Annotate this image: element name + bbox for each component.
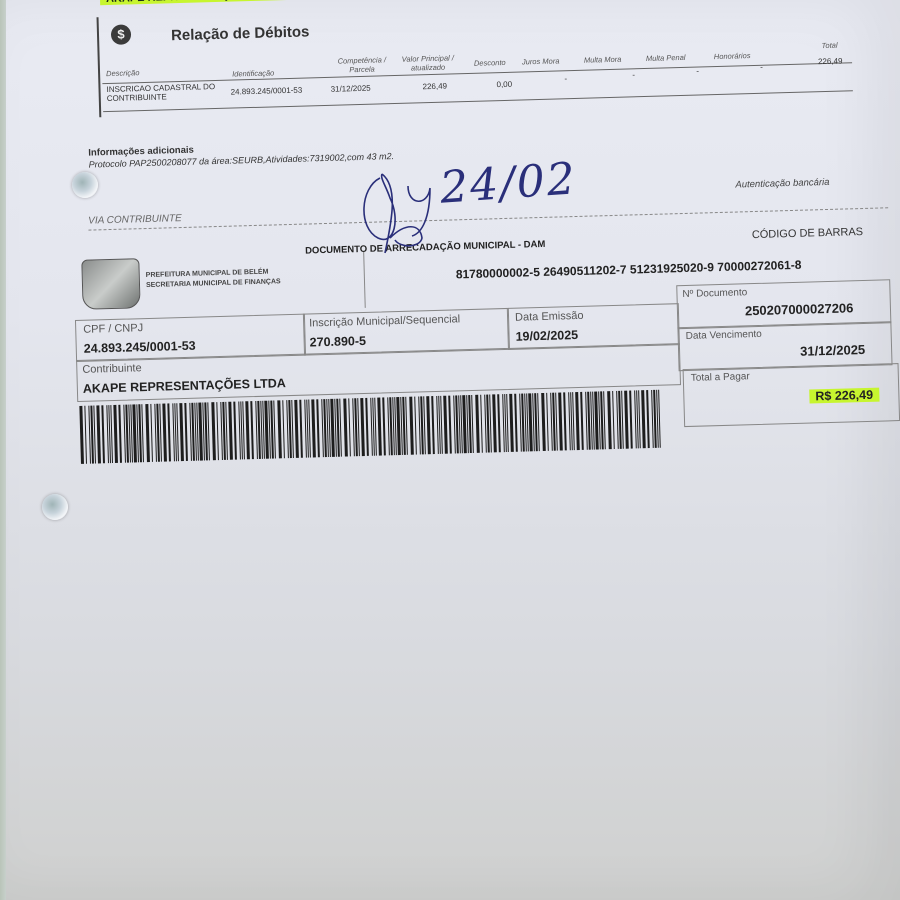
data-vencimento-label: Data Vencimento (686, 329, 762, 342)
cell-descricao: INSCRICAO CADASTRAL DO CONTRIBUINTE (106, 82, 226, 103)
col-multa-mora: Multa Mora (584, 55, 622, 65)
header-separator (363, 252, 366, 308)
cell-competencia: 31/12/2025 (330, 84, 370, 94)
cell-juros-mora: - (564, 74, 567, 83)
cell-valor-principal: 226,49 (422, 82, 447, 92)
cell-desconto: 0,00 (496, 80, 512, 89)
col-multa-penal: Multa Penal (646, 53, 686, 63)
linha-digitavel: 81780000002-5 26490511202-7 51231925020-… (456, 258, 802, 282)
total-pagar-label: Total a Pagar (691, 371, 750, 384)
codigo-barras-label: CÓDIGO DE BARRAS (752, 226, 864, 241)
numero-documento-label: Nº Documento (682, 287, 747, 300)
col-juros-mora: Juros Mora (522, 56, 560, 66)
numero-documento-value: 250207000027206 (745, 300, 854, 318)
col-desconto: Desconto (474, 58, 506, 68)
belem-crest-logo (81, 258, 140, 310)
col-identificacao: Identificação (232, 68, 274, 78)
data-vencimento-value: 31/12/2025 (800, 342, 865, 359)
handwritten-date: 24/02 (438, 153, 578, 213)
col-descricao: Descrição (106, 68, 140, 78)
punch-hole-bottom (42, 494, 68, 520)
cell-multa-mora: - (632, 70, 635, 79)
col-competencia: Competência / Parcela (330, 55, 394, 75)
inscricao-value: 270.890-5 (309, 334, 366, 350)
col-total: Total (821, 41, 837, 50)
org-name: PREFEITURA MUNICIPAL DE BELÉM SECRETARIA… (146, 267, 281, 291)
col-valor-principal: Valor Principal / atualizado (398, 53, 458, 73)
data-emissao-value: 19/02/2025 (515, 328, 578, 344)
cell-total: 226,49 (818, 57, 843, 67)
via-contribuinte-label: VIA CONTRIBUINTE (88, 213, 182, 227)
cpf-cnpj-label: CPF / CNPJ (83, 322, 143, 336)
data-emissao-label: Data Emissão (515, 310, 584, 324)
barcode (79, 390, 666, 464)
cell-multa-penal: - (696, 67, 699, 76)
autenticacao-bancaria-label: Autenticação bancária (735, 177, 829, 191)
total-pagar-value: R$ 226,49 (809, 388, 879, 404)
col-honorarios: Honorários (714, 51, 751, 61)
cell-honorarios: - (760, 63, 763, 72)
contribuinte-label: Contribuinte (82, 362, 142, 376)
punch-hole-top (72, 172, 98, 198)
company-name-highlight: AKAPE REPRESENTAÇÕES LTDA (100, 0, 291, 5)
